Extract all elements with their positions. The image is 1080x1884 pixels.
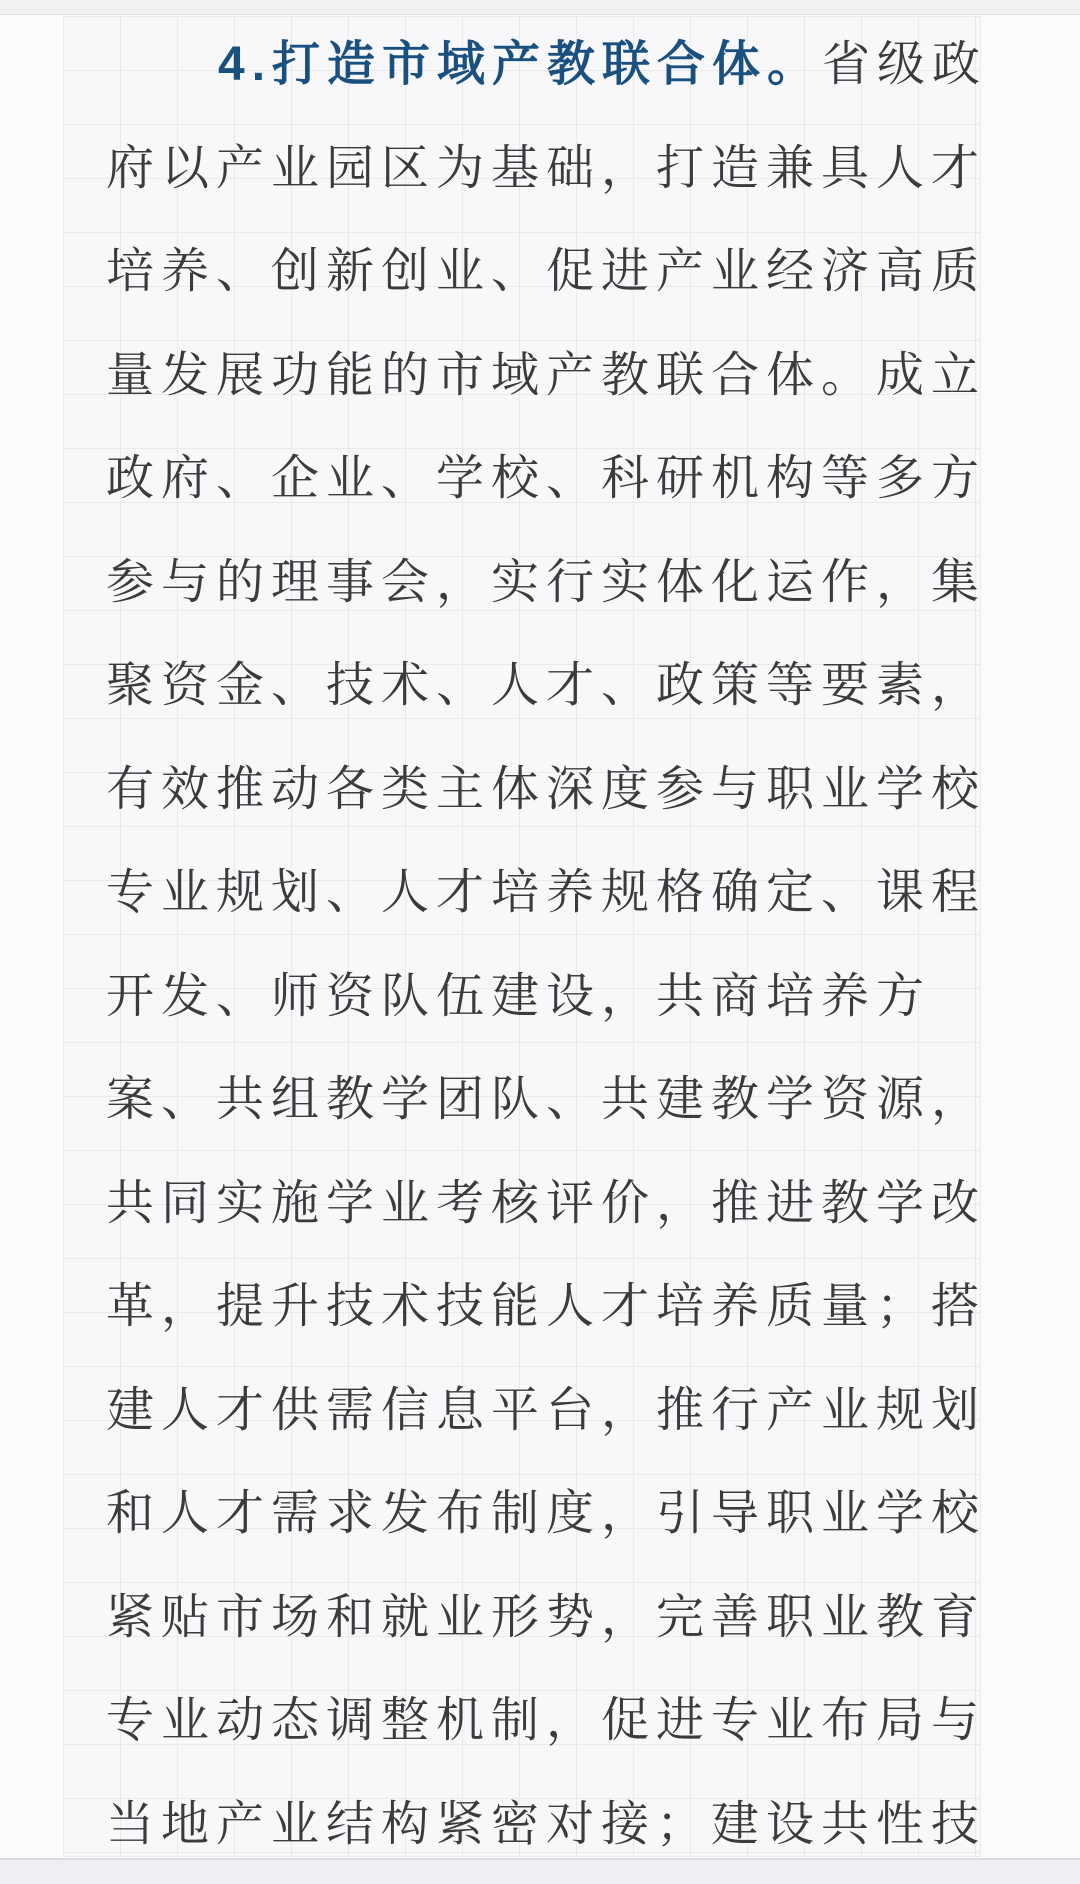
paragraph-line: 府以产业园区为基础，打造兼具人才 <box>106 117 1026 221</box>
paragraph-line: 量发展功能的市域产教联合体。成立 <box>106 324 1026 428</box>
paragraph-line: 专业规划、人才培养规格确定、课程 <box>106 841 1026 945</box>
paragraph-line: 政府、企业、学校、科研机构等多方 <box>106 427 1026 531</box>
heading-following-text: 省级政 <box>822 38 987 91</box>
paragraph-line: 和人才需求发布制度，引导职业学校 <box>106 1462 1026 1566</box>
paragraph-line: 培养、创新创业、促进产业经济高质 <box>106 220 1026 324</box>
document-page: 4.打造市域产教联合体。省级政 府以产业园区为基础，打造兼具人才培养、创新创业、… <box>0 0 1080 1884</box>
section-heading: 4.打造市域产教联合体。 <box>218 38 822 91</box>
article-body: 4.打造市域产教联合体。省级政 府以产业园区为基础，打造兼具人才培养、创新创业、… <box>106 13 1026 1876</box>
paragraph-line: 参与的理事会，实行实体化运作，集 <box>106 531 1026 635</box>
paragraph-line: 案、共组教学团队、共建教学资源， <box>106 1048 1026 1152</box>
top-margin-band <box>0 0 1080 15</box>
paragraph-line: 开发、师资队伍建设，共商培养方 <box>106 945 1026 1049</box>
paragraph-line: 共同实施学业考核评价，推进教学改 <box>106 1152 1026 1256</box>
paragraph-line: 建人才供需信息平台，推行产业规划 <box>106 1359 1026 1463</box>
paragraph-line: 聚资金、技术、人才、政策等要素， <box>106 634 1026 738</box>
paragraph-line: 紧贴市场和就业形势，完善职业教育 <box>106 1566 1026 1670</box>
paragraph-first-line: 4.打造市域产教联合体。省级政 <box>106 13 1026 117</box>
paragraph-line: 专业动态调整机制，促进专业布局与 <box>106 1669 1026 1773</box>
paragraph-lines: 府以产业园区为基础，打造兼具人才培养、创新创业、促进产业经济高质量发展功能的市域… <box>106 117 1026 1877</box>
bottom-margin-band <box>0 1858 1080 1884</box>
paragraph-line: 有效推动各类主体深度参与职业学校 <box>106 738 1026 842</box>
paragraph-line: 革，提升技术技能人才培养质量；搭 <box>106 1255 1026 1359</box>
